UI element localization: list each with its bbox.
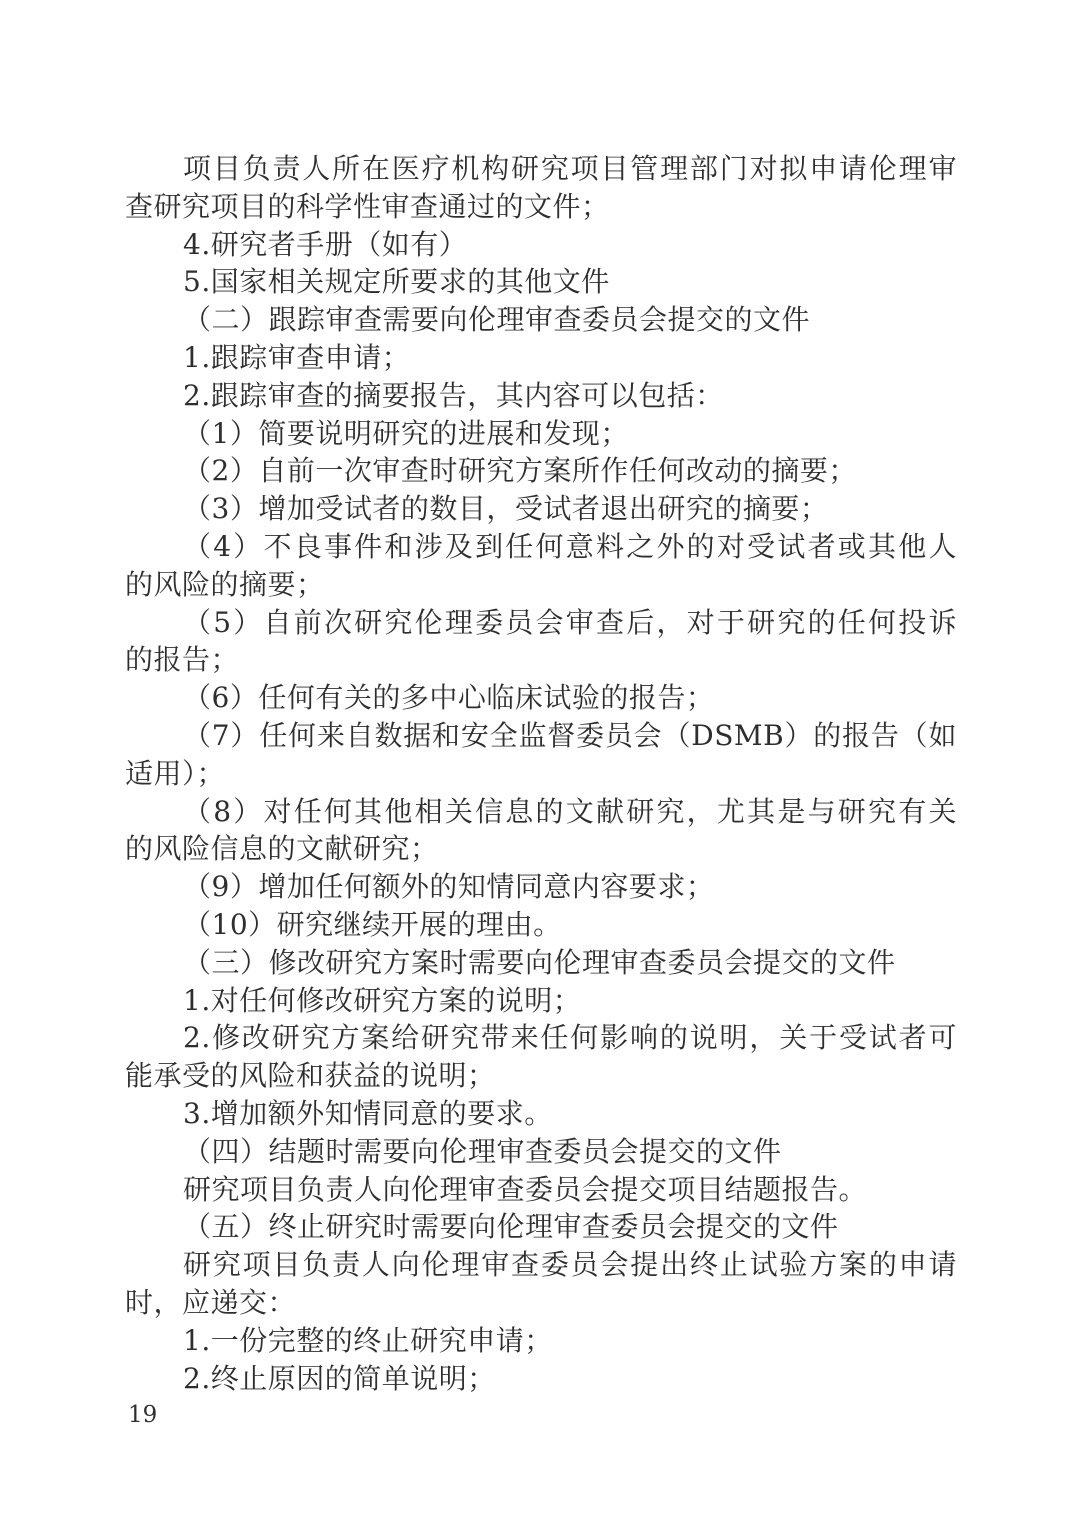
text-line: 1.对任何修改研究方案的说明； xyxy=(125,982,957,1020)
page-text-body: 项目负责人所在医疗机构研究项目管理部门对拟申请伦理审查研究项目的科学性审查通过的… xyxy=(125,150,957,1397)
text-line: （6）任何有关的多中心临床试验的报告； xyxy=(125,679,957,717)
text-line: 能承受的风险和获益的说明； xyxy=(125,1057,957,1095)
text-line: 查研究项目的科学性审查通过的文件； xyxy=(125,188,957,226)
page-number: 19 xyxy=(128,1402,157,1428)
text-line: 适用）； xyxy=(125,755,957,793)
text-line: 研究项目负责人向伦理审查委员会提出终止试验方案的申请 xyxy=(125,1246,957,1284)
text-line: （2）自前一次审查时研究方案所作任何改动的摘要； xyxy=(125,452,957,490)
text-line: （3）增加受试者的数目，受试者退出研究的摘要； xyxy=(125,490,957,528)
text-line: （9）增加任何额外的知情同意内容要求； xyxy=(125,868,957,906)
text-line: 2.终止原因的简单说明； xyxy=(125,1360,957,1398)
text-line: 的报告； xyxy=(125,641,957,679)
text-line: （三）修改研究方案时需要向伦理审查委员会提交的文件 xyxy=(125,944,957,982)
text-line: （5）自前次研究伦理委员会审查后，对于研究的任何投诉 xyxy=(125,604,957,642)
document-page: 项目负责人所在医疗机构研究项目管理部门对拟申请伦理审查研究项目的科学性审查通过的… xyxy=(0,0,1080,1528)
text-line: 1.跟踪审查申请； xyxy=(125,339,957,377)
text-line: （8）对任何其他相关信息的文献研究，尤其是与研究有关 xyxy=(125,793,957,831)
text-line: 的风险的摘要； xyxy=(125,566,957,604)
text-line: （四）结题时需要向伦理审查委员会提交的文件 xyxy=(125,1133,957,1171)
text-line: 3.增加额外知情同意的要求。 xyxy=(125,1095,957,1133)
text-line: （4）不良事件和涉及到任何意料之外的对受试者或其他人 xyxy=(125,528,957,566)
text-line: 的风险信息的文献研究； xyxy=(125,830,957,868)
text-line: （二）跟踪审查需要向伦理审查委员会提交的文件 xyxy=(125,301,957,339)
text-line: （五）终止研究时需要向伦理审查委员会提交的文件 xyxy=(125,1208,957,1246)
text-line: （7）任何来自数据和安全监督委员会（DSMB）的报告（如 xyxy=(125,717,957,755)
text-line: 4.研究者手册（如有） xyxy=(125,226,957,264)
text-line: 研究项目负责人向伦理审查委员会提交项目结题报告。 xyxy=(125,1171,957,1209)
text-line: 项目负责人所在医疗机构研究项目管理部门对拟申请伦理审 xyxy=(125,150,957,188)
text-line: 5.国家相关规定所要求的其他文件 xyxy=(125,263,957,301)
text-line: （1）简要说明研究的进展和发现； xyxy=(125,415,957,453)
text-line: 2.修改研究方案给研究带来任何影响的说明，关于受试者可 xyxy=(125,1019,957,1057)
text-line: 时，应递交： xyxy=(125,1284,957,1322)
text-line: 1.一份完整的终止研究申请； xyxy=(125,1322,957,1360)
text-line: 2.跟踪审查的摘要报告，其内容可以包括： xyxy=(125,377,957,415)
text-line: （10）研究继续开展的理由。 xyxy=(125,906,957,944)
